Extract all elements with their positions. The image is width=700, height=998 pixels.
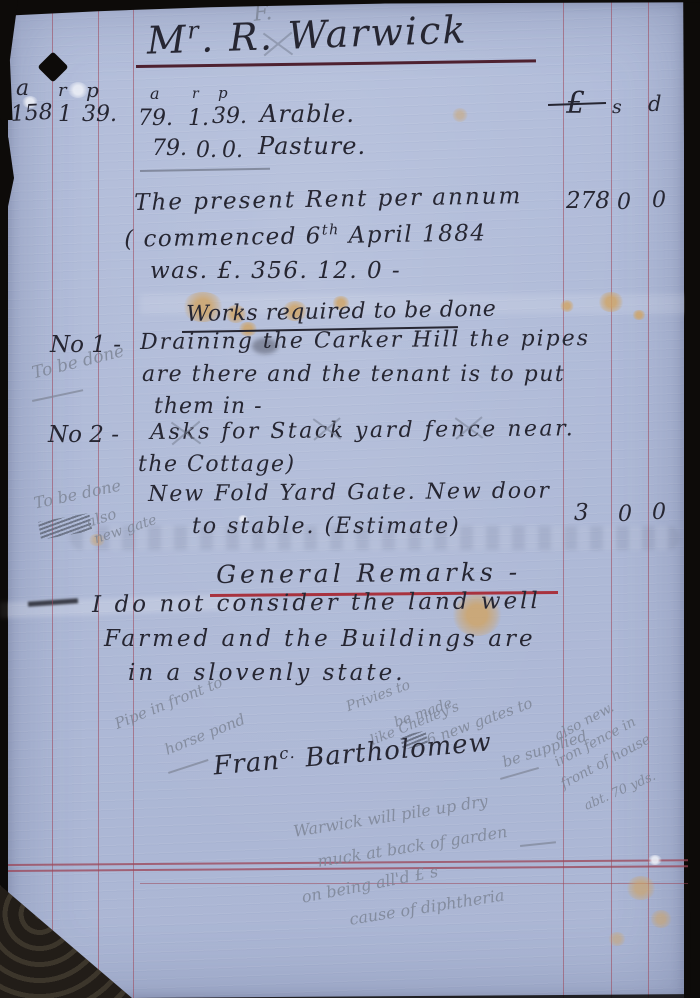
pencil-x-mark [168, 414, 204, 450]
item2-number: No 2 - [48, 422, 119, 448]
rent-line2-sup: th [322, 222, 340, 238]
item2-line1: Asks for Stack yard fence near. [150, 416, 575, 445]
inner-header-r: r [192, 86, 199, 102]
pasture-a: 79. [152, 136, 187, 161]
item2-line4: to stable. (Estimate) [192, 514, 461, 539]
remarks-heading: General Remarks - [216, 557, 521, 589]
acre-total-a: 158 [10, 100, 53, 127]
title-part-m: M [146, 17, 188, 62]
inner-header-a: a [150, 84, 160, 103]
remarks-line3: in a slovenly state. [128, 660, 406, 686]
item2-line3: New Fold Yard Gate. New door [148, 478, 551, 507]
acre-header-r: r [58, 80, 67, 101]
item2-line2: the Cottage) [138, 452, 296, 477]
inner-header-p: p [218, 84, 228, 102]
rent-amount-d: 0 [652, 188, 666, 213]
arable-p: 39. [212, 104, 247, 129]
rent-line3: was. £. 356. 12. 0 - [150, 258, 401, 284]
estimate-d: 0 [652, 500, 666, 525]
pencil-x-mark [310, 410, 344, 446]
money-header-s: s [612, 96, 622, 118]
signature-pre: Fran [212, 746, 281, 782]
title-part-rest: . R. Warwick [200, 7, 468, 60]
ruled-line-vertical [611, 0, 612, 998]
arable-label: Arable. [260, 100, 355, 128]
estimate-s: 0 [618, 502, 632, 527]
rent-line2-pre: ( commenced 6 [124, 223, 322, 252]
pencil-x-over-initial [260, 26, 296, 60]
rent-line2-post: April 1884 [340, 220, 487, 249]
pasture-label: Pasture. [258, 132, 366, 160]
acre-header-p: p [86, 78, 99, 102]
title-part-sup: r [187, 16, 201, 44]
document-photo: F. Mr. R. Warwick a r p 158 1 39. a r p … [0, 0, 700, 998]
arable-a: 79. [138, 106, 173, 131]
acre-header-a: a [16, 76, 29, 101]
item1-line1: Draining the Carker Hill the pipes [140, 326, 590, 355]
remarks-line1: I do not consider the land well [92, 588, 541, 618]
ruled-line-vertical [563, 0, 564, 998]
rent-amount-pounds: 278 [566, 188, 610, 214]
ink-blot [252, 338, 278, 354]
estimate-pounds: 3 [574, 500, 589, 526]
acre-total-r: 1 [58, 102, 72, 127]
item1-line2: are there and the tenant is to put [142, 362, 565, 387]
pasture-r: 0. [196, 138, 217, 163]
arable-r: 1. [188, 106, 209, 131]
remarks-line2: Farmed and the Buildings are [104, 626, 536, 652]
photo-edge-left-sliver [0, 300, 7, 890]
money-header-d: d [648, 92, 661, 116]
ruled-line-vertical [133, 0, 134, 998]
rent-amount-s: 0 [617, 190, 631, 215]
signature-sup: c. [278, 743, 296, 763]
pasture-p: 0. [222, 138, 243, 163]
pencil-x-mark [452, 408, 486, 446]
acre-total-p: 39. [82, 102, 117, 127]
ruled-line-vertical [648, 0, 649, 998]
